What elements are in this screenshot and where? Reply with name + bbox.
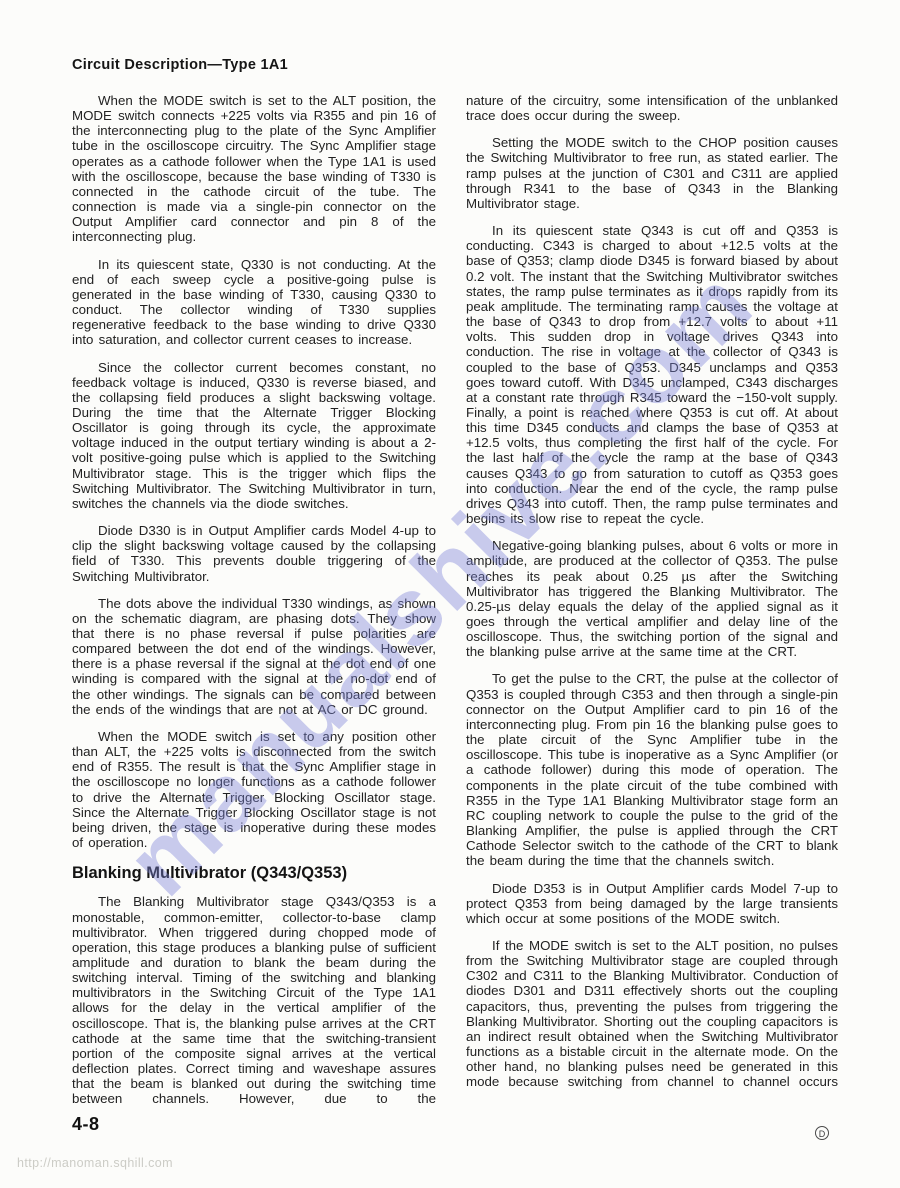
paragraph: Diode D353 is in Output Amplifier cards … bbox=[466, 881, 838, 926]
paragraph: When the MODE switch is set to any posit… bbox=[72, 729, 436, 850]
paragraph: Negative-going blanking pulses, about 6 … bbox=[466, 538, 838, 659]
paragraph: When the MODE switch is set to the ALT p… bbox=[72, 93, 436, 245]
paragraph: The Blanking Multivibrator stage Q343/Q3… bbox=[72, 894, 436, 1106]
paragraph: In its quiescent state Q343 is cut off a… bbox=[466, 223, 838, 526]
document-page: Circuit Description—Type 1A1 When the MO… bbox=[0, 0, 900, 1188]
paragraph: The dots above the individual T330 windi… bbox=[72, 596, 436, 717]
left-column: When the MODE switch is set to the ALT p… bbox=[72, 93, 436, 1119]
paragraph: If the MODE switch is set to the ALT pos… bbox=[466, 938, 838, 1090]
paragraph: In its quiescent state, Q330 is not cond… bbox=[72, 257, 436, 348]
scan-footer-url: http://manoman.sqhill.com bbox=[17, 1156, 173, 1170]
paragraph: Setting the MODE switch to the CHOP posi… bbox=[466, 135, 838, 211]
page-number: 4-8 bbox=[72, 1114, 100, 1135]
section-heading: Blanking Multivibrator (Q343/Q353) bbox=[72, 866, 436, 881]
paragraph: nature of the circuitry, some intensific… bbox=[466, 93, 838, 123]
paragraph: To get the pulse to the CRT, the pulse a… bbox=[466, 671, 838, 868]
revision-mark-icon: D bbox=[815, 1126, 829, 1140]
paragraph: Since the collector current becomes cons… bbox=[72, 360, 436, 512]
paragraph: Diode D330 is in Output Amplifier cards … bbox=[72, 523, 436, 584]
page-header-title: Circuit Description—Type 1A1 bbox=[72, 57, 288, 73]
right-column: nature of the circuitry, some intensific… bbox=[466, 93, 838, 1102]
